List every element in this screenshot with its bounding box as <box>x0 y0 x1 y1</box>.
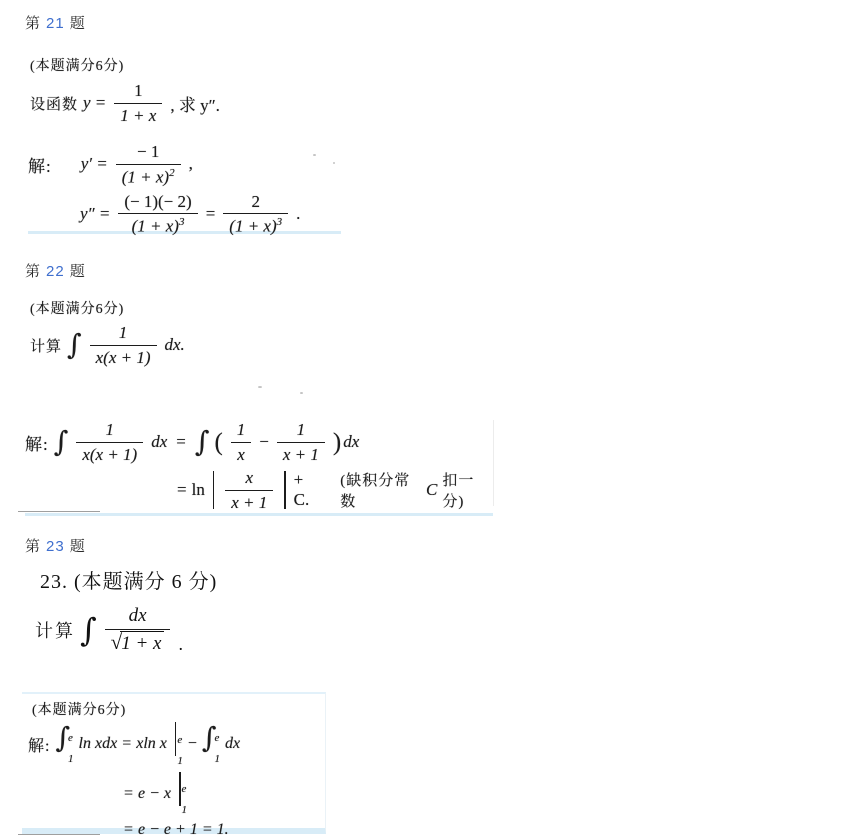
dx-term: dx <box>225 735 240 753</box>
integrand: ln xdx <box>79 735 118 753</box>
header-number: 23 <box>46 538 65 555</box>
scan-edge-line <box>493 420 494 506</box>
scan-noise <box>300 392 303 394</box>
header-prefix: 第 <box>25 263 41 280</box>
solution-21-block: 解: y′ = − 1 (1 + x)2 , y″ = (− 1)(− 2) (… <box>28 136 341 234</box>
fraction: (− 1)(− 2) (1 + x)3 <box>118 192 197 237</box>
problem-tail-text: dx. <box>165 335 185 355</box>
minus-sign: − <box>188 735 197 753</box>
scan-noise <box>313 154 316 156</box>
problem-21-statement: (本题满分6分) 设函数 y = 1 1 + x , 求 y″. <box>30 55 220 125</box>
open-paren: ( <box>214 430 222 455</box>
scan-rule-fragment <box>18 834 100 835</box>
grading-note: 扣一分) <box>442 469 493 511</box>
fraction: 1 x <box>231 420 252 464</box>
equation-lhs: y = <box>83 93 106 113</box>
abs-bar <box>284 471 285 509</box>
equation-lhs: y′ = <box>81 154 108 174</box>
exam-page: 第21题 (本题满分6分) 设函数 y = 1 1 + x , 求 y″. 解:… <box>0 0 850 840</box>
equals-sign: = <box>176 432 186 452</box>
term: xln x <box>136 735 167 753</box>
jie-label: 解: <box>25 430 49 455</box>
section-22-header: 第22题 <box>25 260 86 281</box>
grading-note-c: C <box>426 480 437 500</box>
eval-bar: e1 <box>176 772 187 817</box>
score-note: (本题满分6分) <box>32 699 325 719</box>
integral-sign: ∫ <box>67 331 82 359</box>
problem-lead-text: 计算 <box>30 335 62 356</box>
scan-rule-fragment <box>18 511 100 512</box>
header-number: 22 <box>46 263 65 280</box>
integral-sign: ∫ <box>80 614 97 646</box>
punct: , <box>189 154 193 174</box>
dx-term: dx <box>343 432 359 452</box>
scan-noise <box>258 386 262 388</box>
problem-lead-text: 设函数 <box>30 93 78 114</box>
header-prefix: 第 <box>25 15 41 32</box>
problem-lead-text: 计算 <box>35 617 75 643</box>
fraction: 1 x + 1 <box>277 420 325 464</box>
equals-sign: = <box>122 735 131 753</box>
close-paren: ) <box>333 430 341 455</box>
jie-label: 解: <box>28 152 52 177</box>
dx-term: dx <box>151 432 167 452</box>
ln-operator: ln <box>192 480 205 500</box>
fraction: dx √1 + x <box>105 605 171 655</box>
header-suffix: 题 <box>70 15 86 32</box>
eval-bar-line <box>179 772 181 806</box>
section-23-header: 第23题 <box>25 535 86 556</box>
problem-22-statement: (本题满分6分) 计算 ∫ 1 x(x + 1) dx. <box>30 298 185 367</box>
problem-23-formula: 计算 ∫ dx √1 + x . <box>35 605 183 655</box>
fraction: 1 1 + x <box>114 81 162 125</box>
integral-with-limits: ∫e1 <box>55 724 73 766</box>
eval-bar: e1 <box>172 722 183 767</box>
problem-number: 23. <box>40 571 68 593</box>
punct: . <box>178 634 183 655</box>
minus-sign: − <box>259 432 269 452</box>
equals-sign: = <box>124 821 133 839</box>
header-suffix: 题 <box>70 538 86 555</box>
problem-tail-text: , 求 y″. <box>170 91 220 116</box>
scan-noise <box>333 162 335 164</box>
equals-sign: = <box>206 204 216 224</box>
fraction: 1 x(x + 1) <box>90 323 157 367</box>
header-prefix: 第 <box>25 538 41 555</box>
fraction: x x + 1 <box>225 468 273 512</box>
header-number: 21 <box>46 15 65 32</box>
punct: . <box>296 204 300 224</box>
section-21-header: 第21题 <box>25 12 86 33</box>
fraction: 1 x(x + 1) <box>76 420 143 464</box>
equation-lhs: y″ = <box>80 204 110 224</box>
problem-23-title: 23. (本题满分 6 分) <box>40 565 217 594</box>
integral-sign: ∫ <box>195 428 210 456</box>
equals-sign: = <box>124 785 133 803</box>
plus-c-term: + C. <box>294 470 322 510</box>
term: e − x <box>138 785 171 803</box>
abs-bar <box>213 471 214 509</box>
term: e − e + 1 = 1. <box>138 821 229 839</box>
integral-with-limits: ∫e1 <box>202 724 220 766</box>
fraction: − 1 (1 + x)2 <box>116 142 181 187</box>
score-note: (本题满分 6 分) <box>74 571 217 593</box>
header-suffix: 题 <box>70 263 86 280</box>
score-note: (本题满分6分) <box>30 298 185 318</box>
jie-label: 解: <box>28 733 50 756</box>
solution-23-block: (本题满分6分) 解: ∫e1 ln xdx = xln x e1 − ∫e1 … <box>22 692 326 834</box>
equals-sign: = <box>177 480 187 500</box>
fraction: 2 (1 + x)3 <box>223 192 288 237</box>
score-note: (本题满分6分) <box>30 55 220 75</box>
solution-22-block: 解: ∫ 1 x(x + 1) dx = ∫ ( 1 x − 1 x + 1 )… <box>25 416 493 516</box>
integral-sign: ∫ <box>54 428 69 456</box>
grading-note: (缺积分常数 <box>340 469 421 511</box>
